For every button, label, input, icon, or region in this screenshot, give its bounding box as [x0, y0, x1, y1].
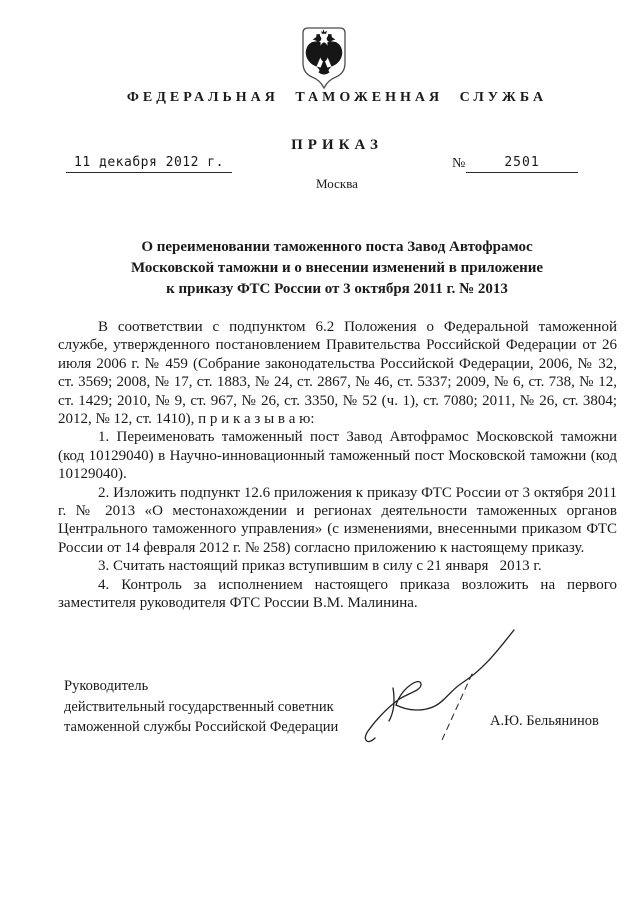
double-headed-eagle-icon: [302, 27, 346, 90]
doc-type-heading: ПРИКАЗ: [58, 137, 616, 154]
doc-title: О переименовании таможенного поста Завод…: [58, 237, 616, 300]
signatory-position-line: Руководитель: [64, 676, 338, 697]
paragraph-item-4: 4. Контроль за исполнением настоящего пр…: [58, 576, 617, 613]
doc-title-line: Московской таможни и о внесении изменени…: [58, 258, 616, 279]
city-label: Москва: [58, 176, 616, 192]
handwritten-signature: [348, 620, 528, 755]
date-field: 11 декабря 2012 г.: [66, 155, 232, 173]
paragraph-item-3: 3. Считать настоящий приказ вступившим в…: [58, 557, 617, 575]
signatory-position-line: действительный государственный советник: [64, 697, 338, 718]
document-page: ФЕДЕРАЛЬНАЯ ТАМОЖЕННАЯ СЛУЖБА ПРИКАЗ 11 …: [0, 0, 640, 900]
signatory-position: Руководитель действительный государствен…: [64, 676, 338, 738]
signatory-name: А.Ю. Бельянинов: [490, 713, 599, 730]
doc-title-line: О переименовании таможенного поста Завод…: [58, 237, 616, 258]
number-value: 2501: [466, 155, 578, 173]
org-name: ФЕДЕРАЛЬНАЯ ТАМОЖЕННАЯ СЛУЖБА: [58, 90, 616, 106]
number-sign: №: [452, 156, 465, 172]
doc-title-line: к приказу ФТС России от 3 октября 2011 г…: [58, 279, 616, 300]
paragraph-preamble: В соответствии с подпунктом 6.2 Положени…: [58, 318, 617, 428]
signatory-position-line: таможенной службы Российской Федерации: [64, 717, 338, 738]
paragraph-item-1: 1. Переименовать таможенный пост Завод А…: [58, 428, 617, 483]
doc-body: В соответствии с подпунктом 6.2 Положени…: [58, 318, 617, 613]
coat-of-arms-emblem: [302, 27, 346, 90]
paragraph-item-2: 2. Изложить подпункт 12.6 приложения к п…: [58, 484, 617, 558]
